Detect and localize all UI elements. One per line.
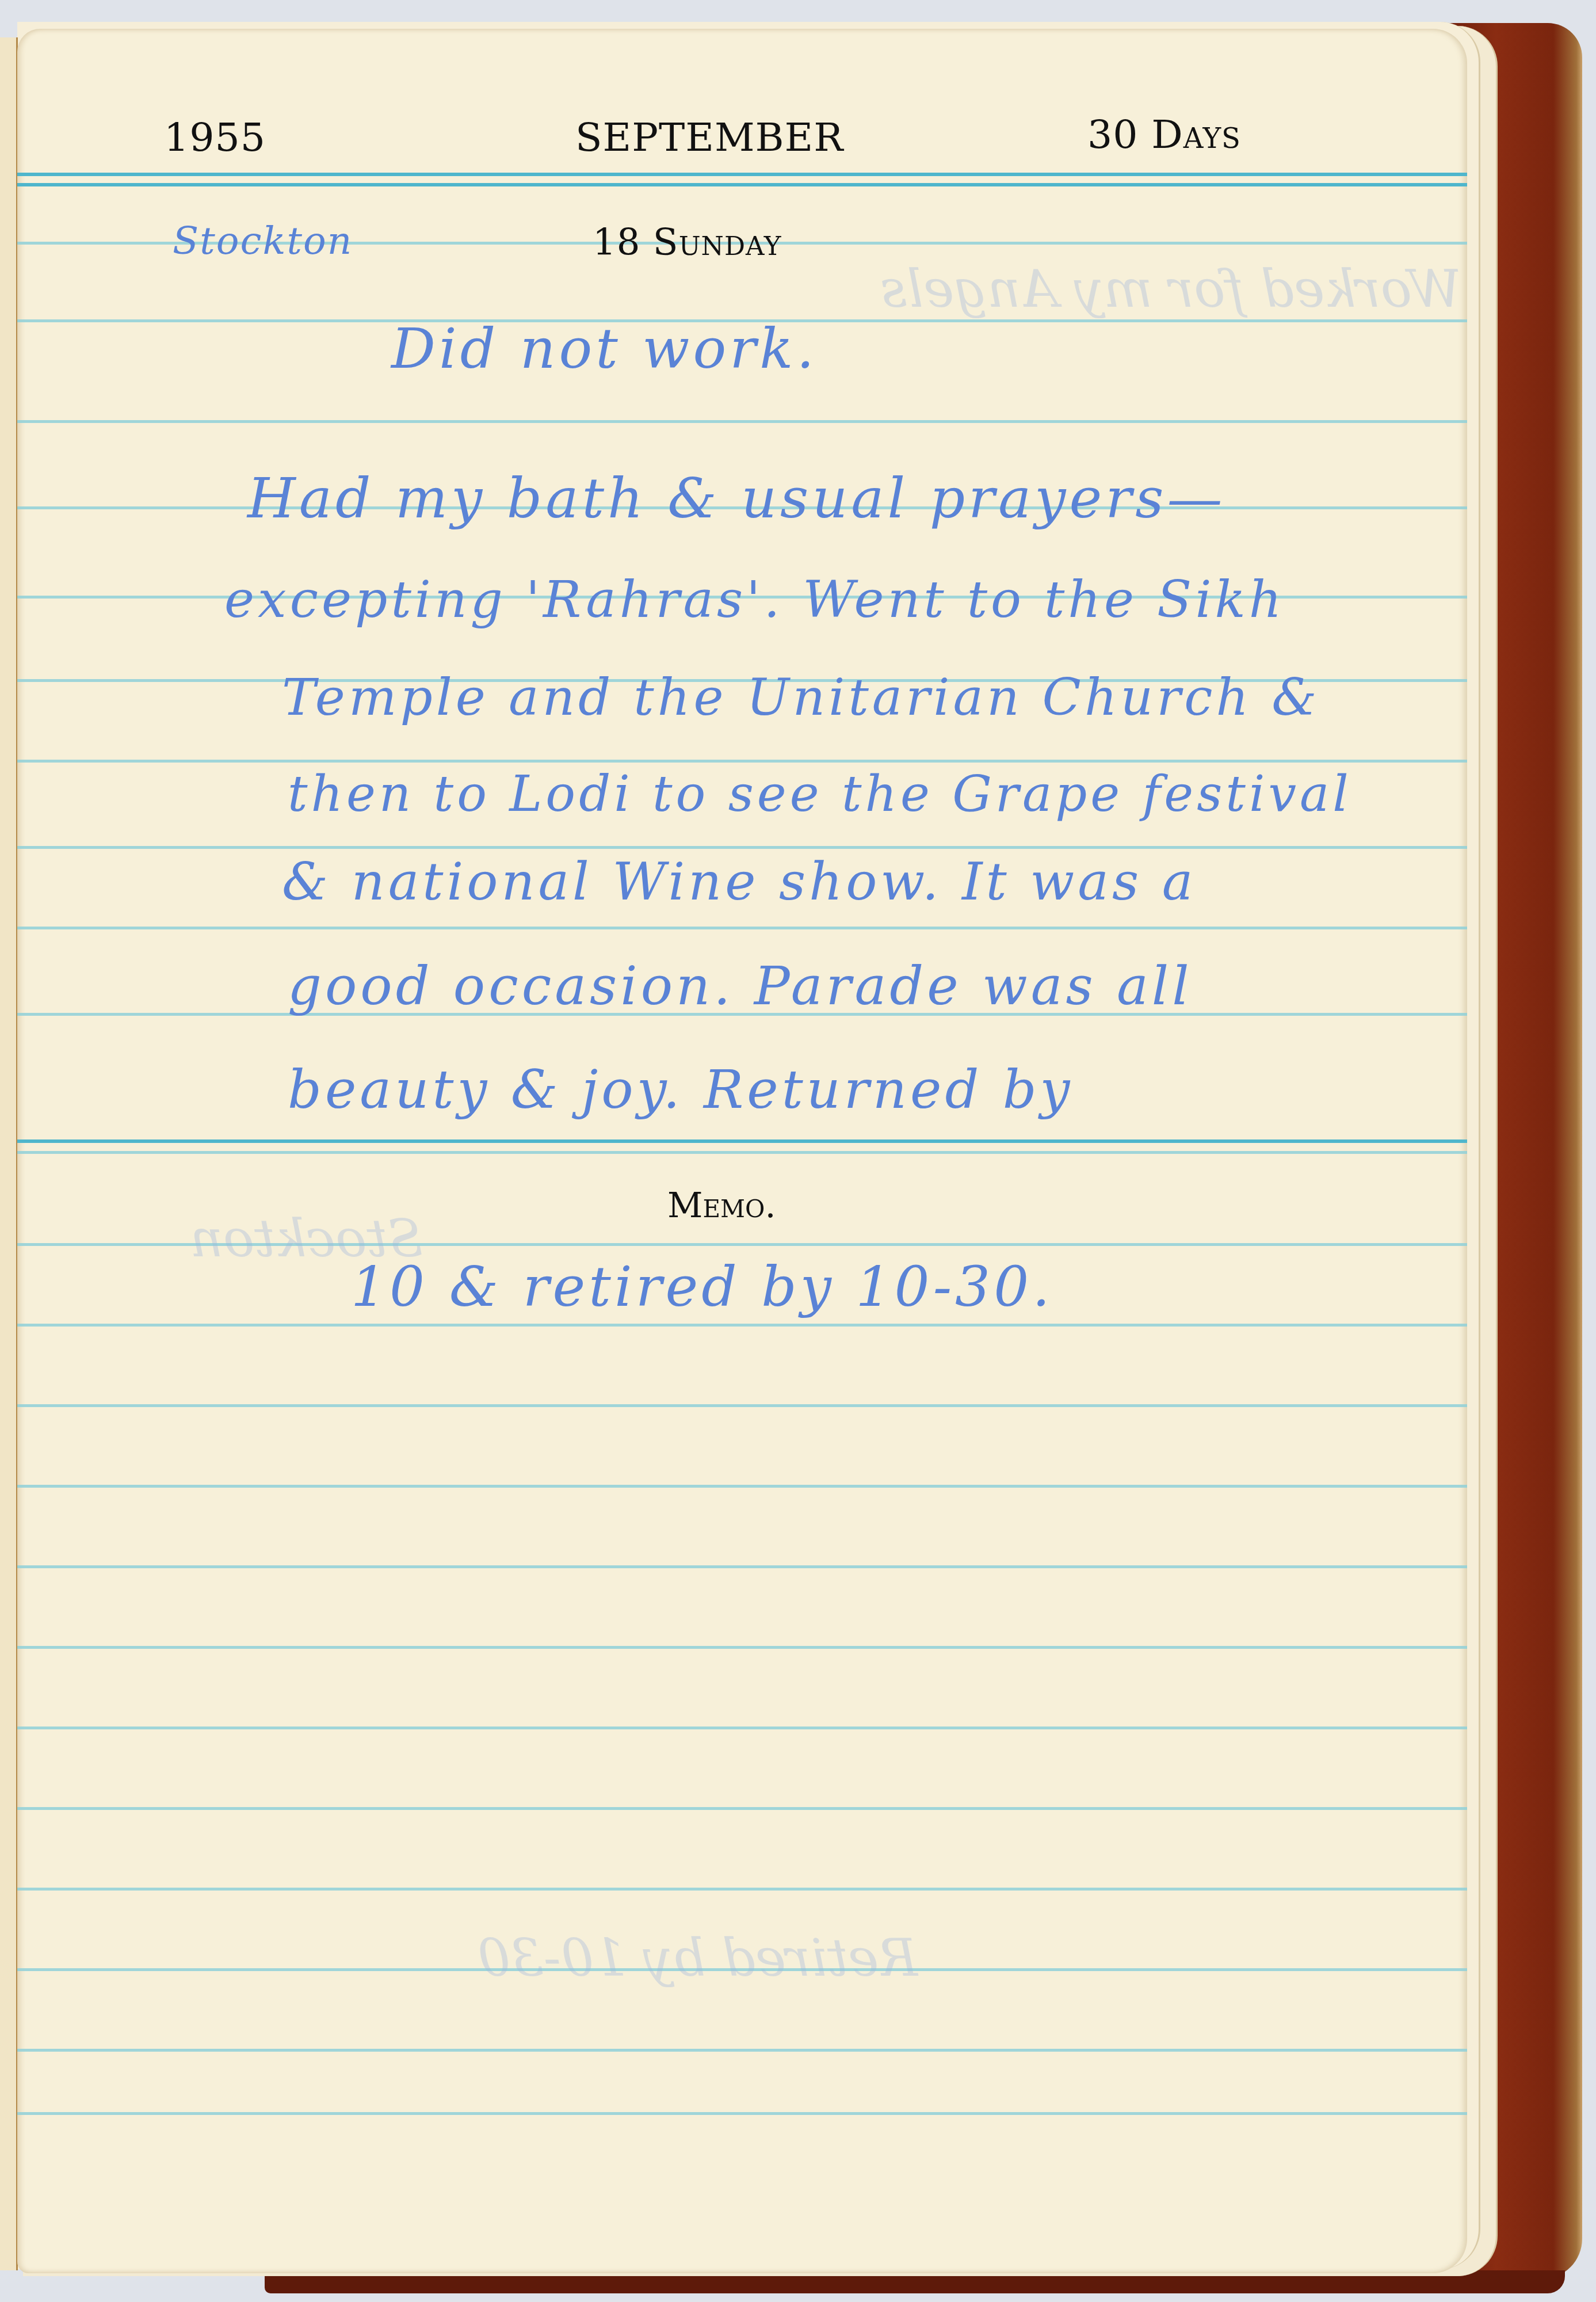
bleed-through-text: Retired by 10-30 [478, 1928, 918, 1988]
bleed-through-text: Worked for my Angels [880, 259, 1461, 319]
ruled-line [17, 1646, 1467, 1649]
ruled-line [17, 420, 1467, 423]
ruled-line [17, 1485, 1467, 1488]
margin-note: Stockton [173, 219, 353, 263]
memo-rule-bottom [17, 1151, 1467, 1154]
memo-rule-top [17, 1139, 1467, 1143]
diary-page: Worked for my Angels Stockton Retired by… [17, 29, 1467, 2273]
entry-line: Had my bath & usual prayers— [247, 466, 1225, 531]
month-label: SEPTEMBER [575, 115, 843, 161]
year-label: 1955 [164, 115, 266, 161]
ruled-line [17, 1565, 1467, 1568]
ruled-line [17, 1324, 1467, 1327]
header-rule-top [17, 173, 1467, 176]
memo-line: 10 & retired by 10-30. [351, 1255, 1053, 1319]
header-rule-bottom [17, 183, 1467, 186]
entry-line: Temple and the Unitarian Church & [282, 668, 1320, 727]
ruled-line [17, 927, 1467, 929]
ruled-line [17, 2049, 1467, 2052]
days-in-month-label: 30 Days [1087, 112, 1241, 158]
ruled-line [17, 760, 1467, 763]
entry-line: excepting 'Rahras'. Went to the Sikh [224, 570, 1285, 629]
ruled-line [17, 1726, 1467, 1729]
ruled-line [17, 1807, 1467, 1810]
ruled-line [17, 1888, 1467, 1891]
entry-line: & national Wine show. It was a [282, 852, 1196, 912]
ruled-line [17, 2112, 1467, 2115]
entry-line: Did not work. [391, 317, 818, 381]
entry-line: good occasion. Parade was all [288, 955, 1193, 1017]
ruled-line [17, 1404, 1467, 1407]
day-label: 18 Sunday [593, 222, 781, 264]
entry-line: beauty & joy. Returned by [288, 1059, 1074, 1120]
memo-label: Memo. [667, 1186, 776, 1226]
entry-line: then to Lodi to see the Grape festival [288, 765, 1352, 823]
ruled-line [17, 846, 1467, 849]
previous-page-edge [0, 37, 18, 2270]
